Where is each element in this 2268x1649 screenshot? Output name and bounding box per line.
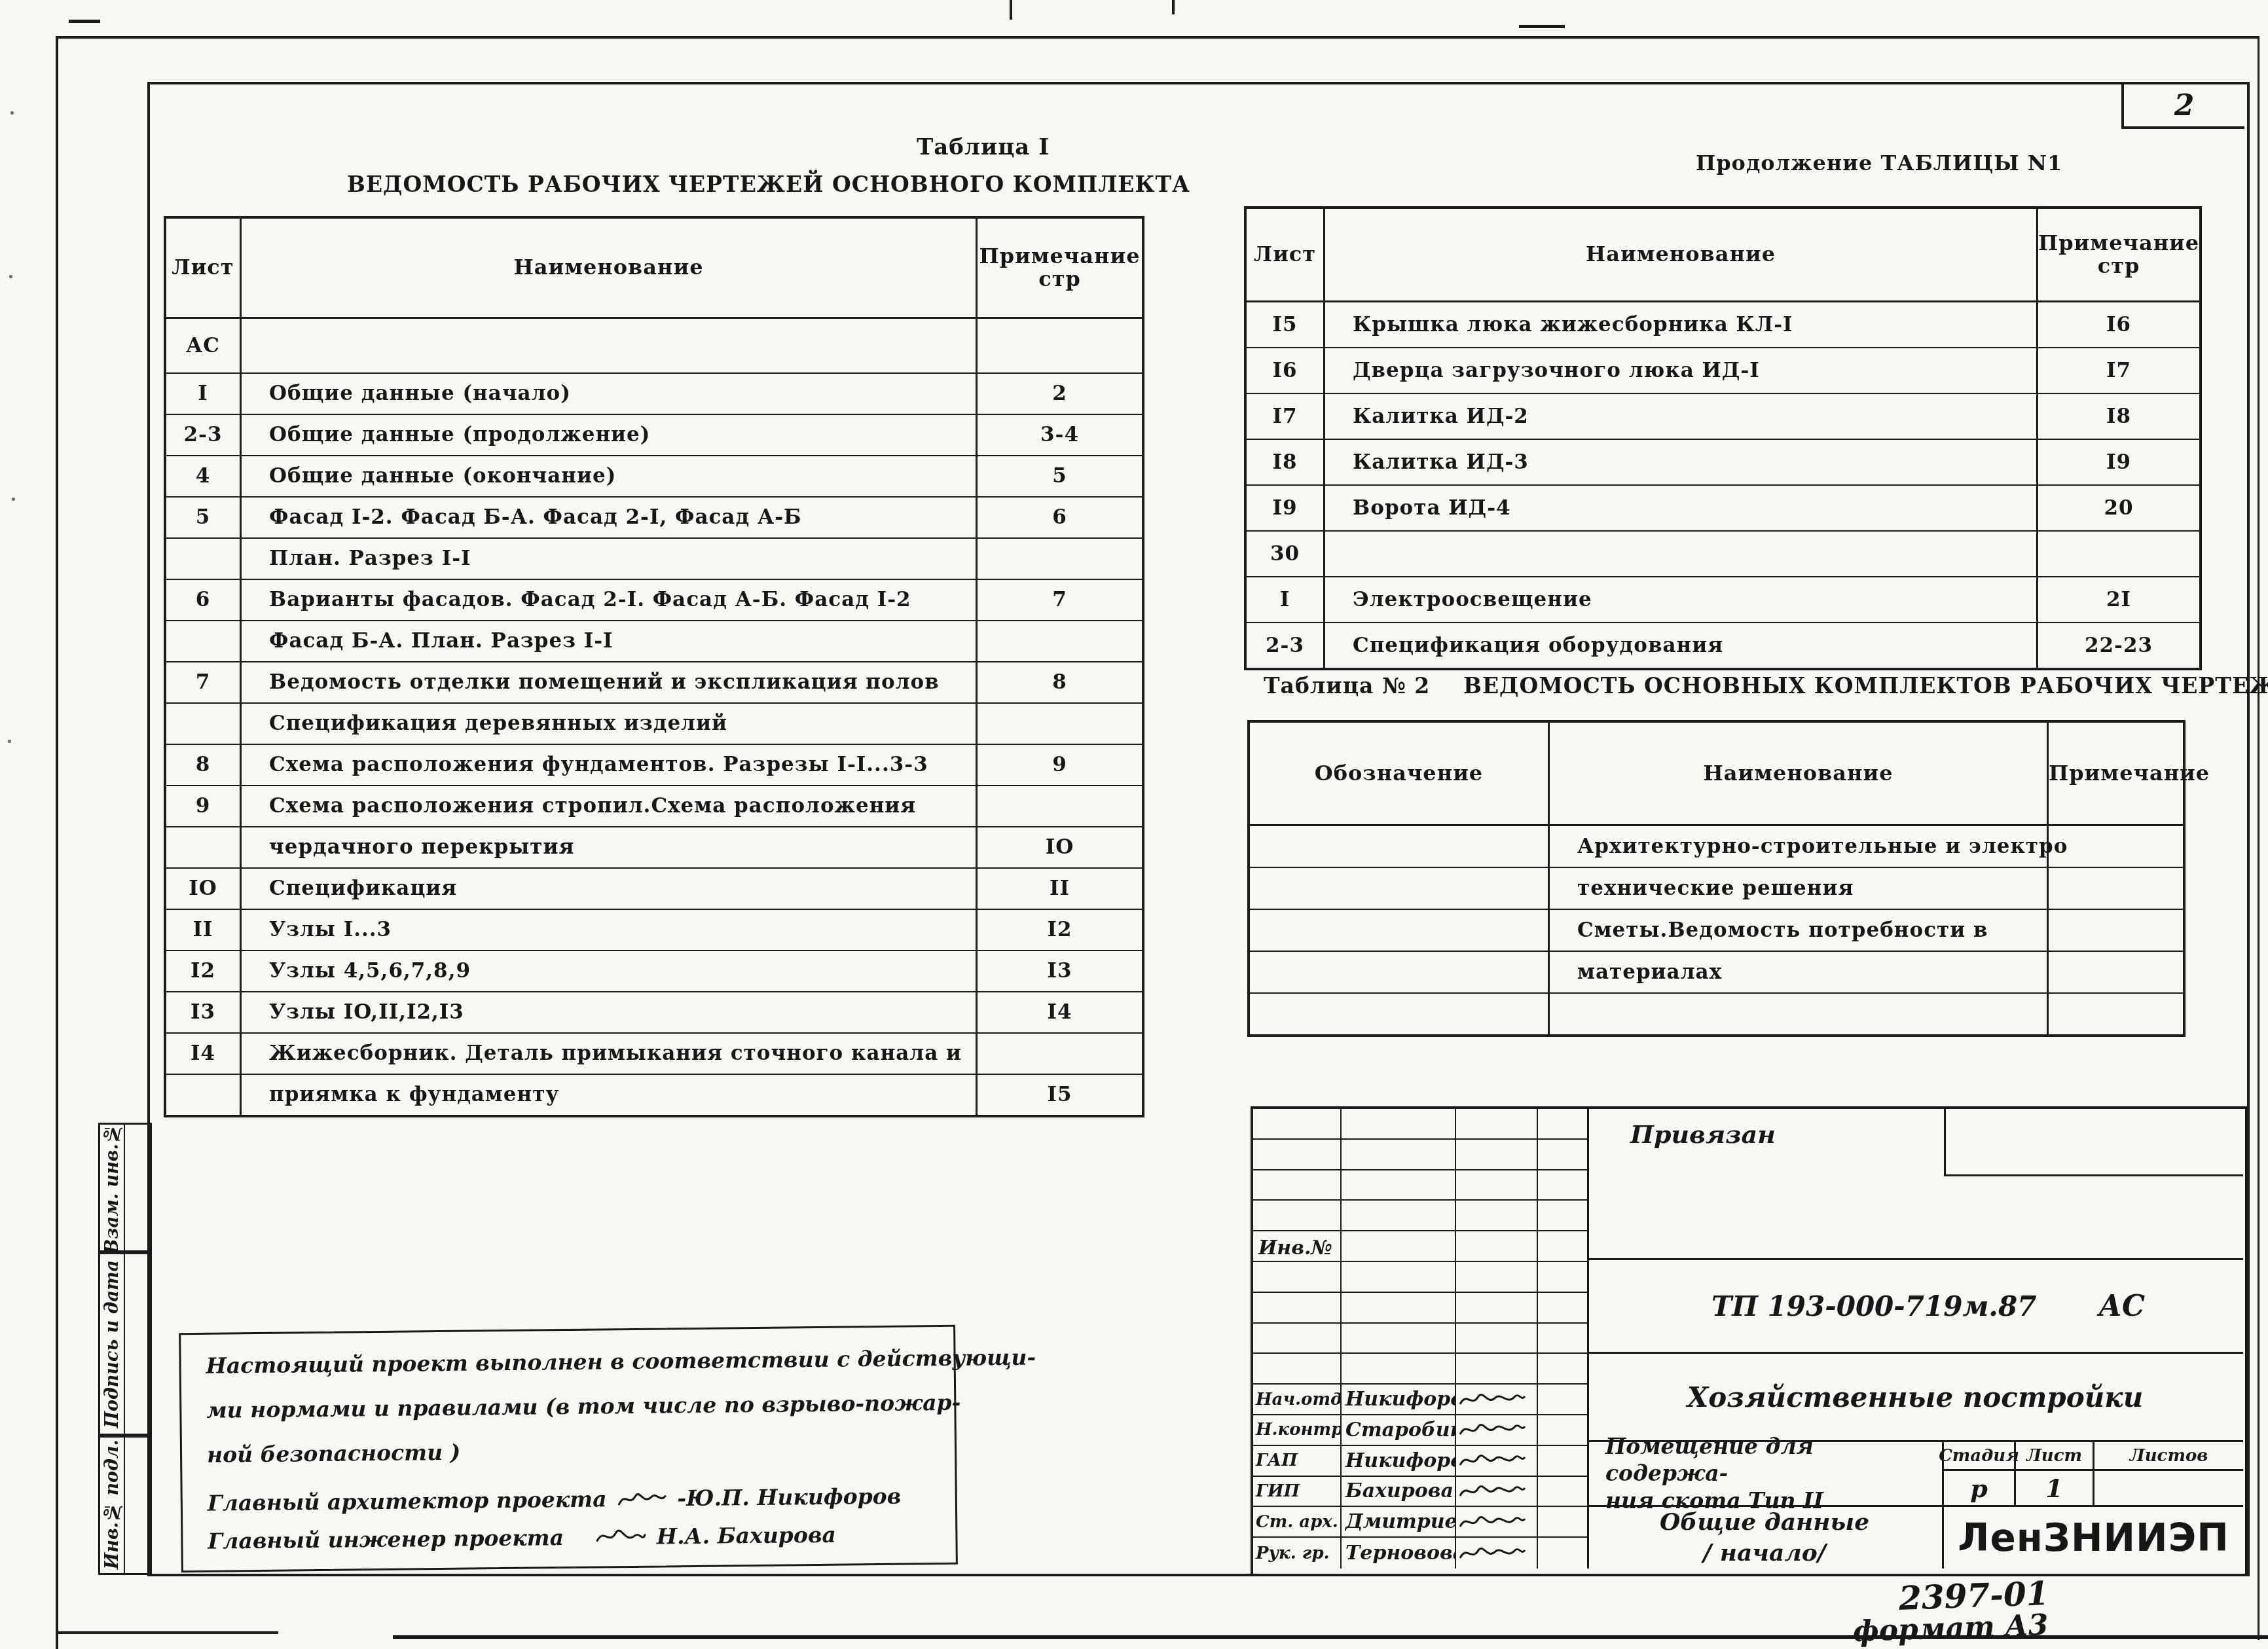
cell-sheet: 4 [166, 456, 242, 496]
title-block-signature-grid: Нач.отд.НикифоровН.контр.СтаробинГАПНики… [1253, 1109, 1589, 1568]
stamp-project-band: Хозяйственные постройки [1587, 1354, 2243, 1442]
signature-scribble [615, 1487, 668, 1510]
stamp-grid-cell [1538, 1324, 1587, 1354]
table-row: 2-3Общие данные (продолжение)3-4 [166, 415, 1142, 456]
cell-name: Фасад I-2. Фасад Б-А. Фасад 2-I, Фасад А… [242, 498, 976, 537]
sheets-value [2094, 1471, 2243, 1505]
table-row: 5Фасад I-2. Фасад Б-А. Фасад 2-I, Фасад … [166, 498, 1142, 539]
stamp-grid-cell [1538, 1293, 1587, 1324]
col-header-code: Обозначение [1250, 723, 1550, 824]
stamp-grid-cell [1538, 1354, 1587, 1385]
cell-note [976, 704, 1142, 744]
role-name: Никифоров [1342, 1446, 1456, 1477]
signature-scribble [1456, 1385, 1538, 1415]
table-row: 30 [1247, 532, 2199, 577]
paper-right-edge [2258, 36, 2259, 1640]
role-name: Дмитриева [1342, 1507, 1456, 1538]
role-label: Ст. арх. [1253, 1507, 1342, 1538]
cell-sheet: I2 [166, 951, 242, 991]
stamp-grid-cell [1456, 1170, 1538, 1201]
cell-name: Крышка люка жижесборника КЛ-I [1325, 302, 2036, 347]
project-code: ТП 193-000-719м.87 [1711, 1290, 2036, 1322]
scanned-drawing-sheet: { "page": { "number": "2" }, "footer": {… [0, 0, 2268, 1649]
stamp-top-band: Привязан [1587, 1109, 2243, 1260]
col-header-name: Наименование [1550, 723, 2047, 824]
cell-note: I6 [2036, 302, 2199, 347]
stamp-grid-cell [1456, 1140, 1538, 1170]
signature-scribble [1456, 1507, 1538, 1538]
chief-architect-name: -Ю.П. Никифоров [677, 1483, 901, 1512]
stamp-grid-cell [1538, 1415, 1587, 1446]
paper-top-edge [56, 36, 2258, 39]
stamp-divider [1944, 1174, 2243, 1176]
cell-note: I9 [2036, 440, 2199, 484]
stamp-grid-cell [1342, 1170, 1456, 1201]
table-row: I2Узлы 4,5,6,7,8,9I3 [166, 951, 1142, 992]
cell-note: 9 [976, 745, 1142, 785]
table-row: приямка к фундаментуI5 [166, 1075, 1142, 1115]
stamp-grid-cell [1253, 1354, 1342, 1385]
cell-sheet: 2-3 [1247, 623, 1325, 668]
table-row: Фасад Б-А. План. Разрез I-I [166, 621, 1142, 662]
stamp-grid-cell [1342, 1140, 1456, 1170]
object-title-cell: Помещение для содержа- ния скота Тип II [1587, 1442, 1944, 1507]
stamp-grid-cell [1456, 1201, 1538, 1231]
cell-note [2047, 910, 2183, 951]
table-row: Архитектурно-строительные и электро [1250, 826, 2183, 868]
signature-scribble [1456, 1477, 1538, 1508]
col-header-name: Наименование [242, 219, 976, 317]
paper-left-edge [56, 36, 58, 1649]
stage-value: р [1944, 1471, 2016, 1505]
cell-name: Калитка ИД-3 [1325, 440, 2036, 484]
table-row: IIУзлы I...3I2 [166, 910, 1142, 951]
margin-blank [125, 1436, 150, 1573]
stamp-bottom-band: Помещение для содержа- ния скота Тип II … [1587, 1442, 2243, 1568]
stamp-grid-cell [1456, 1293, 1538, 1324]
cell-name [242, 319, 976, 372]
scan-speck [9, 275, 12, 278]
col-header-note: Примечание [2047, 723, 2210, 824]
cell-name: Спецификация оборудования [1325, 623, 2036, 668]
cell-name: Электроосвещение [1325, 577, 2036, 622]
cell-sheet: АС [166, 319, 242, 372]
scan-speck [10, 111, 14, 115]
fold-dash [1519, 25, 1565, 28]
cell-name: технические решения [1550, 868, 2047, 909]
margin-blank [125, 1252, 150, 1436]
note-line: Настоящий проект выполнен в соответствии… [206, 1345, 1036, 1379]
chief-architect-row: Главный архитектор проекта -Ю.П. Никифор… [208, 1483, 902, 1516]
cell-sheet [166, 827, 242, 867]
fold-tick [1172, 0, 1175, 14]
margin-cell-inv: Инв.№ подл. [98, 1434, 152, 1575]
cell-note [976, 1034, 1142, 1074]
stamp-grid-cell [1538, 1201, 1587, 1231]
cell-sheet: IO [166, 869, 242, 909]
cell-sheet: I [166, 374, 242, 414]
fold-dash [69, 20, 100, 23]
table-row: 8Схема расположения фундаментов. Разрезы… [166, 745, 1142, 786]
cell-sheet [166, 539, 242, 579]
cell-name: Ведомость отделки помещений и экспликаци… [242, 662, 976, 702]
margin-label: Инв.№ подл. [100, 1436, 125, 1573]
margin-label: Подпись и дата [100, 1252, 125, 1436]
table-row: I4Жижесборник. Деталь примыкания сточног… [166, 1034, 1142, 1075]
cell-note: 5 [976, 456, 1142, 496]
cell-note: IO [976, 827, 1142, 867]
cell-note [976, 786, 1142, 826]
cell-name: Общие данные (начало) [242, 374, 976, 414]
cell-note [976, 319, 1142, 372]
stamp-grid-cell [1538, 1170, 1587, 1201]
chief-engineer-row: Главный инженер проекта Н.А. Бахирова [208, 1522, 836, 1554]
table-row: 7Ведомость отделки помещений и экспликац… [166, 662, 1142, 704]
cell-sheet: I [1247, 577, 1325, 622]
cell-sheet: I6 [1247, 348, 1325, 393]
cell-name: Общие данные (окончание) [242, 456, 976, 496]
stamp-grid-cell [1342, 1201, 1456, 1231]
sheets-label: Листов [2094, 1442, 2243, 1471]
cell-note: I4 [976, 992, 1142, 1032]
cell-name: Дверца загрузочного люка ИД-I [1325, 348, 2036, 393]
signature-scribble [1456, 1415, 1538, 1446]
cell-name: Архитектурно-строительные и электро [1550, 826, 2047, 867]
cell-note [976, 539, 1142, 579]
table-row: 9Схема расположения стропил.Схема распол… [166, 786, 1142, 827]
role-name: Бахирова [1342, 1477, 1456, 1508]
cell-sheet: I9 [1247, 486, 1325, 530]
cell-name: Ворота ИД-4 [1325, 486, 2036, 530]
table2-caption: Таблица № 2 [1264, 673, 1430, 698]
table-row: I5Крышка люка жижесборника КЛ-II6 [1247, 302, 2199, 348]
organization-name: ЛенЗНИИЭП [1958, 1515, 2229, 1560]
cell-name: приямка к фундаменту [242, 1075, 976, 1115]
cell-name: Узлы I...3 [242, 910, 976, 950]
cell-name: Схема расположения стропил.Схема располо… [242, 786, 976, 826]
stamp-grid-cell [1342, 1324, 1456, 1354]
cell-name: План. Разрез I-I [242, 539, 976, 579]
cell-sheet: 6 [166, 580, 242, 620]
stamp-grid-cell [1538, 1507, 1587, 1538]
margin-cell-vzam: Взам. инв.№ [98, 1123, 152, 1254]
stamp-grid-cell [1342, 1262, 1456, 1293]
stamp-grid-cell [1456, 1354, 1538, 1385]
role-name: Никифоров [1342, 1385, 1456, 1415]
project-title: Хозяйственные постройки [1687, 1381, 2143, 1413]
table-header-row: Лист Наименование Примечание стр [166, 219, 1142, 319]
cell-sheet [166, 1075, 242, 1115]
cell-sheet: 8 [166, 745, 242, 785]
cell-sheet: I5 [1247, 302, 1325, 347]
stamp-grid-cell [1538, 1538, 1587, 1568]
cell-sheet [1250, 952, 1550, 992]
cell-note: I5 [976, 1075, 1142, 1115]
cell-name: Сметы.Ведомость потребности в [1550, 910, 2047, 951]
table-row [1250, 994, 2183, 1034]
table2-title: ВЕДОМОСТЬ ОСНОВНЫХ КОМПЛЕКТОВ РАБОЧИХ ЧЕ… [1463, 673, 2268, 698]
table-row: АС [166, 319, 1142, 374]
cell-sheet: 9 [166, 786, 242, 826]
stamp-grid-cell [1456, 1262, 1538, 1293]
cell-sheet: 7 [166, 662, 242, 702]
cell-name: Варианты фасадов. Фасад 2-I. Фасад А-Б. … [242, 580, 976, 620]
table-row: Спецификация деревянных изделий [166, 704, 1142, 745]
stamp-divider [1944, 1109, 1946, 1174]
cell-note [2047, 826, 2183, 867]
stamp-grid-cell [1538, 1231, 1587, 1262]
cell-name: Спецификация [242, 869, 976, 909]
stamp-grid-cell [1253, 1170, 1342, 1201]
stamp-grid-cell [1342, 1354, 1456, 1385]
signature-scribble [593, 1525, 648, 1549]
stamp-grid-cell [1253, 1324, 1342, 1354]
working-drawings-table-continued: Лист Наименование Примечание стр I5Крышк… [1244, 206, 2202, 670]
chief-engineer-name: Н.А. Бахирова [657, 1522, 836, 1549]
table-row: IОбщие данные (начало)2 [166, 374, 1142, 415]
table-header-row: Обозначение Наименование Примечание [1250, 723, 2183, 826]
stamp-grid-cell [1538, 1446, 1587, 1477]
role-name: Старобин [1342, 1415, 1456, 1446]
table-header-row: Лист Наименование Примечание стр [1247, 209, 2199, 302]
organization-cell: ЛенЗНИИЭП [1944, 1507, 2243, 1568]
col-header-note: Примечание стр [976, 219, 1142, 317]
role-name: Терновова [1342, 1538, 1456, 1568]
cell-sheet: 2-3 [166, 415, 242, 455]
cell-name: Калитка ИД-2 [1325, 394, 2036, 439]
cell-note [2047, 994, 2183, 1034]
cell-note: 2 [976, 374, 1142, 414]
title-block: Нач.отд.НикифоровН.контр.СтаробинГАПНики… [1251, 1106, 2248, 1576]
stamp-grid-cell [1253, 1140, 1342, 1170]
table-row: технические решения [1250, 868, 2183, 910]
table-row: Сметы.Ведомость потребности в [1250, 910, 2183, 952]
table1-title: ВЕДОМОСТЬ РАБОЧИХ ЧЕРТЕЖЕЙ ОСНОВНОГО КОМ… [347, 172, 1190, 197]
cell-note [2047, 952, 2183, 992]
scan-speck [12, 498, 15, 501]
cell-name: Узлы 4,5,6,7,8,9 [242, 951, 976, 991]
cell-name [1325, 532, 2036, 576]
cell-note: 7 [976, 580, 1142, 620]
stamp-grid-cell [1538, 1477, 1587, 1508]
signature-scribble [1456, 1446, 1538, 1477]
cell-sheet: II [166, 910, 242, 950]
stamp-code-band: ТП 193-000-719м.87 АС [1587, 1260, 2243, 1354]
cell-sheet [166, 704, 242, 744]
role-label: ГАП [1253, 1446, 1342, 1477]
chief-architect-label: Главный архитектор проекта [208, 1486, 607, 1515]
table-row: чердачного перекрытияIO [166, 827, 1142, 869]
table-row: I6Дверца загрузочного люка ИД-II7 [1247, 348, 2199, 394]
cell-name [1550, 994, 2047, 1034]
fold-tick [1010, 0, 1012, 20]
table-row: I3Узлы IO,II,I2,I3I4 [166, 992, 1142, 1034]
cell-note: I7 [2036, 348, 2199, 393]
paper-bottom-edge-left [56, 1631, 278, 1634]
table-row: План. Разрез I-I [166, 539, 1142, 580]
note-line: ной безопасности ) [207, 1440, 460, 1468]
note-line: ми нормами и правилами (в том числе по в… [206, 1390, 960, 1423]
set-code: АС [2098, 1290, 2145, 1323]
cell-name: Фасад Б-А. План. Разрез I-I [242, 621, 976, 661]
cell-name: чердачного перекрытия [242, 827, 976, 867]
binding-note: Привязан [1630, 1119, 1776, 1149]
stamp-grid-cell [1253, 1201, 1342, 1231]
stamp-grid-cell [1342, 1231, 1456, 1262]
cell-name: Схема расположения фундаментов. Разрезы … [242, 745, 976, 785]
cell-note [2047, 868, 2183, 909]
sheet-value: 1 [2016, 1471, 2094, 1505]
role-label: Нач.отд. [1253, 1385, 1342, 1415]
inv-number-label: Инв.№ [1258, 1237, 1332, 1259]
stamp-grid-cell [1538, 1262, 1587, 1293]
cell-note: 8 [976, 662, 1142, 702]
cell-note [976, 621, 1142, 661]
table1-caption: Таблица I [917, 134, 1050, 160]
stamp-grid-cell [1538, 1109, 1587, 1140]
cell-sheet [1250, 868, 1550, 909]
tcont-caption: Продолжение ТАБЛИЦЫ N1 [1696, 151, 2062, 175]
compliance-note-box: Настоящий проект выполнен в соответствии… [179, 1325, 958, 1572]
table-row: 2-3Спецификация оборудования22-23 [1247, 623, 2199, 668]
col-header-note: Примечание стр [2036, 209, 2199, 300]
cell-note: 22-23 [2036, 623, 2199, 668]
table-row: IOСпецификацияII [166, 869, 1142, 910]
role-label: Н.контр. [1253, 1415, 1342, 1446]
working-drawings-table: Лист Наименование Примечание стр АСIОбщи… [164, 216, 1144, 1117]
stamp-grid-cell [1253, 1262, 1342, 1293]
cell-sheet [1250, 994, 1550, 1034]
cell-note: I8 [2036, 394, 2199, 439]
cell-sheet: 30 [1247, 532, 1325, 576]
cell-sheet: 5 [166, 498, 242, 537]
table-row: I7Калитка ИД-2I8 [1247, 394, 2199, 440]
cell-sheet [1250, 910, 1550, 951]
sheet-label: Лист [2016, 1442, 2094, 1471]
main-sets-table: Обозначение Наименование Примечание Архи… [1247, 720, 2186, 1037]
cell-name: Общие данные (продолжение) [242, 415, 976, 455]
page-number-box: 2 [2121, 84, 2244, 129]
cell-note: 3-4 [976, 415, 1142, 455]
table-row: I8Калитка ИД-3I9 [1247, 440, 2199, 486]
margin-label: Взам. инв.№ [100, 1125, 125, 1252]
signature-scribble [1456, 1538, 1538, 1568]
stage-label: Стадия [1944, 1442, 2016, 1471]
sheet-title-cell: Общие данные / начало/ [1587, 1507, 1944, 1568]
cell-name: Жижесборник. Деталь примыкания сточного … [242, 1034, 976, 1074]
scan-speck [8, 740, 11, 743]
cell-name: материалах [1550, 952, 2047, 992]
cell-sheet: I3 [166, 992, 242, 1032]
cell-sheet: I8 [1247, 440, 1325, 484]
cell-sheet: I7 [1247, 394, 1325, 439]
cell-name: Узлы IO,II,I2,I3 [242, 992, 976, 1032]
stamp-grid-cell [1342, 1293, 1456, 1324]
table-row: 6Варианты фасадов. Фасад 2-I. Фасад А-Б.… [166, 580, 1142, 621]
cell-note: I2 [976, 910, 1142, 950]
col-header-sheet: Лист [1247, 209, 1325, 300]
cell-note: 6 [976, 498, 1142, 537]
cell-note: 2I [2036, 577, 2199, 622]
cell-sheet [166, 621, 242, 661]
role-label: Рук. гр. [1253, 1538, 1342, 1568]
stamp-grid-cell [1253, 1109, 1342, 1140]
stamp-grid-cell [1253, 1293, 1342, 1324]
margin-cell-podpis: Подпись и дата [98, 1250, 152, 1438]
cell-name: Спецификация деревянных изделий [242, 704, 976, 744]
stamp-grid-cell [1456, 1109, 1538, 1140]
cell-note: II [976, 869, 1142, 909]
format-note: формат А3 [1852, 1608, 2049, 1648]
table-row: 4Общие данные (окончание)5 [166, 456, 1142, 498]
table-row: IЭлектроосвещение2I [1247, 577, 2199, 623]
stamp-grid-cell [1456, 1231, 1538, 1262]
col-header-sheet: Лист [166, 219, 242, 317]
stamp-grid-cell [1456, 1324, 1538, 1354]
stage-sheet-cells: Стадия Лист Листов р 1 [1944, 1442, 2243, 1507]
table-row: материалах [1250, 952, 2183, 994]
chief-engineer-label: Главный инженер проекта [208, 1525, 564, 1554]
cell-note: 20 [2036, 486, 2199, 530]
page-number: 2 [2174, 89, 2195, 122]
cell-note [2036, 532, 2199, 576]
col-header-name: Наименование [1325, 209, 2036, 300]
cell-note: I3 [976, 951, 1142, 991]
cell-sheet: I4 [166, 1034, 242, 1074]
stamp-grid-cell [1538, 1140, 1587, 1170]
role-label: ГИП [1253, 1477, 1342, 1508]
stamp-grid-cell [1342, 1109, 1456, 1140]
table-row: I9Ворота ИД-420 [1247, 486, 2199, 532]
margin-blank [125, 1125, 150, 1252]
cell-sheet [1250, 826, 1550, 867]
stamp-grid-cell [1538, 1385, 1587, 1415]
